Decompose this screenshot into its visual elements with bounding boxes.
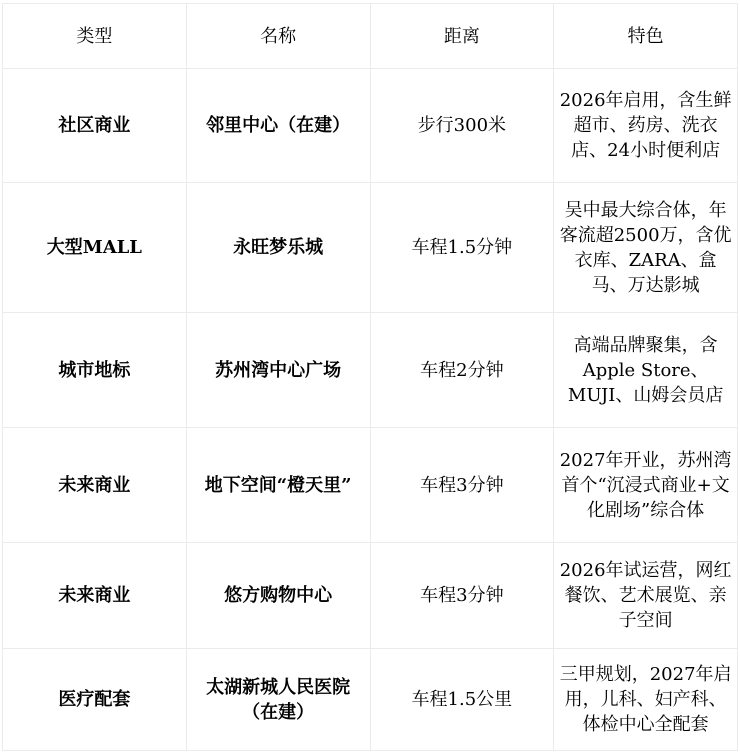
cell-feature: 2027年开业，苏州湾首个“沉浸式商业+文化剧场”综合体 bbox=[554, 428, 738, 543]
cell-name: 悠方购物中心 bbox=[186, 543, 370, 649]
cell-distance: 车程1.5公里 bbox=[370, 649, 554, 751]
amenities-table: 类型 名称 距离 特色 社区商业 邻里中心（在建） 步行300米 2026年启用… bbox=[2, 3, 738, 751]
column-header-distance: 距离 bbox=[370, 4, 554, 69]
column-header-type: 类型 bbox=[3, 4, 187, 69]
amenities-table-wrap: 类型 名称 距离 特色 社区商业 邻里中心（在建） 步行300米 2026年启用… bbox=[0, 0, 738, 751]
cell-distance: 步行300米 bbox=[370, 69, 554, 183]
table-body: 社区商业 邻里中心（在建） 步行300米 2026年启用，含生鲜超市、药房、洗衣… bbox=[3, 69, 738, 751]
cell-name: 太湖新城人民医院（在建） bbox=[186, 649, 370, 751]
cell-name: 永旺梦乐城 bbox=[186, 183, 370, 313]
cell-type: 大型MALL bbox=[3, 183, 187, 313]
cell-feature: 高端品牌聚集，含Apple Store、MUJI、山姆会员店 bbox=[554, 313, 738, 428]
cell-distance: 车程3分钟 bbox=[370, 543, 554, 649]
cell-type: 社区商业 bbox=[3, 69, 187, 183]
cell-type: 未来商业 bbox=[3, 543, 187, 649]
table-row: 未来商业 悠方购物中心 车程3分钟 2026年试运营，网红餐饮、艺术展览、亲子空… bbox=[3, 543, 738, 649]
cell-name: 邻里中心（在建） bbox=[186, 69, 370, 183]
table-row: 社区商业 邻里中心（在建） 步行300米 2026年启用，含生鲜超市、药房、洗衣… bbox=[3, 69, 738, 183]
cell-type: 城市地标 bbox=[3, 313, 187, 428]
cell-distance: 车程2分钟 bbox=[370, 313, 554, 428]
table-row: 医疗配套 太湖新城人民医院（在建） 车程1.5公里 三甲规划，2027年启用，儿… bbox=[3, 649, 738, 751]
column-header-feature: 特色 bbox=[554, 4, 738, 69]
header-row: 类型 名称 距离 特色 bbox=[3, 4, 738, 69]
cell-name: 地下空间“橙天里” bbox=[186, 428, 370, 543]
cell-feature: 2026年启用，含生鲜超市、药房、洗衣店、24小时便利店 bbox=[554, 69, 738, 183]
table-header: 类型 名称 距离 特色 bbox=[3, 4, 738, 69]
cell-name: 苏州湾中心广场 bbox=[186, 313, 370, 428]
cell-distance: 车程3分钟 bbox=[370, 428, 554, 543]
cell-feature: 三甲规划，2027年启用，儿科、妇产科、体检中心全配套 bbox=[554, 649, 738, 751]
cell-feature: 吴中最大综合体，年客流超2500万，含优衣库、ZARA、盒马、万达影城 bbox=[554, 183, 738, 313]
table-row: 未来商业 地下空间“橙天里” 车程3分钟 2027年开业，苏州湾首个“沉浸式商业… bbox=[3, 428, 738, 543]
cell-feature: 2026年试运营，网红餐饮、艺术展览、亲子空间 bbox=[554, 543, 738, 649]
column-header-name: 名称 bbox=[186, 4, 370, 69]
table-row: 大型MALL 永旺梦乐城 车程1.5分钟 吴中最大综合体，年客流超2500万，含… bbox=[3, 183, 738, 313]
cell-type: 未来商业 bbox=[3, 428, 187, 543]
cell-type: 医疗配套 bbox=[3, 649, 187, 751]
table-row: 城市地标 苏州湾中心广场 车程2分钟 高端品牌聚集，含Apple Store、M… bbox=[3, 313, 738, 428]
cell-distance: 车程1.5分钟 bbox=[370, 183, 554, 313]
